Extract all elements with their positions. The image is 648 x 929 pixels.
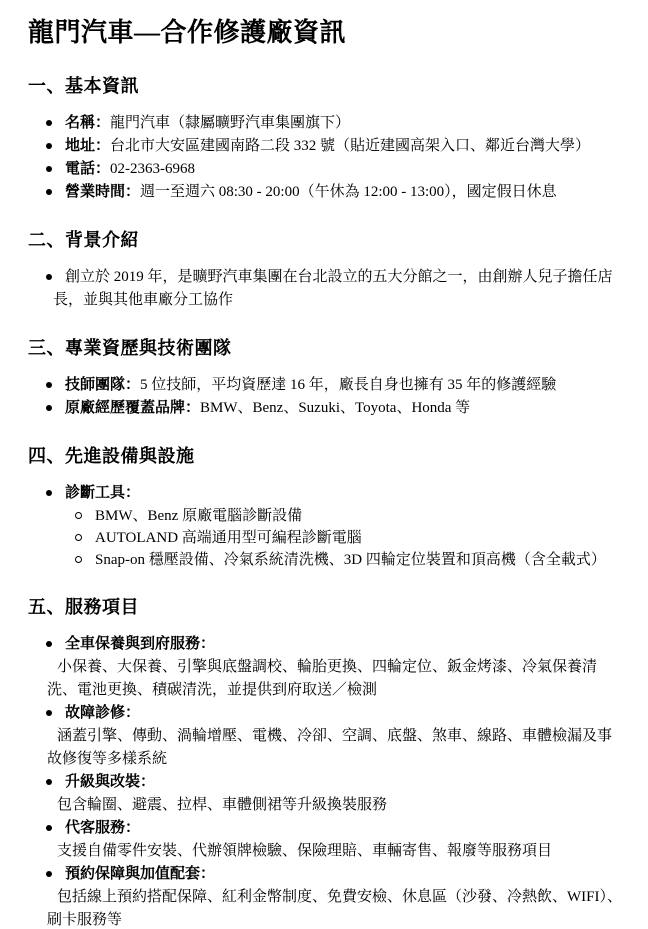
item-value: 02-2363-6968 [110, 161, 195, 177]
list-item-technicians: 技師團隊：5 位技師，平均資歷達 16 年，廠長自身也擁有 35 年的修護經驗 [53, 374, 622, 397]
bullet-list: 診斷工具： BMW、Benz 原廠電腦診斷設備 AUTOLAND 高端通用型可編… [28, 482, 622, 571]
section-background: 二、背景介紹 創立於 2019 年，是曠野汽車集團在台北設立的五大分館之一，由創… [28, 228, 622, 312]
sub-item-text: BMW、Benz 原廠電腦診斷設備 [95, 508, 302, 524]
item-label: 全車保養與到府服務： [65, 636, 215, 652]
item-description: 涵蓋引擎、傳動、渦輪增壓、電機、冷卻、空調、底盤、煞車、線路、車體檢漏及事故修復… [47, 725, 622, 771]
sub-list-item: BMW、Benz 原廠電腦診斷設備 [85, 505, 622, 527]
bullet-list: 技師團隊：5 位技師，平均資歷達 16 年，廠長自身也擁有 35 年的修護經驗 … [28, 374, 622, 420]
bullet-dot-icon [46, 779, 52, 785]
list-item-address: 地址：台北市大安區建國南路二段 332 號（貼近建國高架入口、鄰近台灣大學） [53, 135, 622, 158]
bullet-dot-icon [46, 189, 52, 195]
item-description: 小保養、大保養、引擎與底盤調校、輪胎更換、四輪定位、鈑金烤漆、冷氣保養清洗、電池… [47, 656, 622, 702]
item-description: 包括線上預約搭配保障、紅利金幣制度、免費安檢、休息區（沙發、冷熱飲、WIFI）、… [47, 886, 622, 929]
item-value: 週一至週六 08:30 - 20:00（午休為 12:00 - 13:00），國… [140, 184, 557, 200]
bullet-dot-icon [46, 166, 52, 172]
list-item-brands: 原廠經歷覆蓋品牌：BMW、Benz、Suzuki、Toyota、Honda 等 [53, 397, 622, 420]
sub-item-text: AUTOLAND 高端通用型可編程診斷電腦 [95, 530, 362, 546]
bullet-dot-icon [46, 274, 52, 280]
section-team: 三、專業資歷與技術團隊 技師團隊：5 位技師，平均資歷達 16 年，廠長自身也擁… [28, 336, 622, 420]
bullet-dot-icon [46, 490, 52, 496]
item-label: 技師團隊： [65, 377, 140, 393]
sub-bullet-list: BMW、Benz 原廠電腦診斷設備 AUTOLAND 高端通用型可編程診斷電腦 … [85, 505, 622, 571]
item-value: 台北市大安區建國南路二段 332 號（貼近建國高架入口、鄰近台灣大學） [110, 138, 590, 154]
bullet-circle-icon [75, 512, 82, 519]
bullet-list: 全車保養與到府服務： 小保養、大保養、引擎與底盤調校、輪胎更換、四輪定位、鈑金烤… [28, 633, 622, 929]
list-item-upgrade: 升級與改裝： 包含輪圈、避震、拉桿、車體側裙等升級換裝服務 [53, 771, 622, 817]
item-value: 5 位技師，平均資歷達 16 年，廠長自身也擁有 35 年的修護經驗 [140, 377, 556, 393]
bullet-dot-icon [46, 871, 52, 877]
bullet-list: 名稱：龍門汽車（隸屬曠野汽車集團旗下） 地址：台北市大安區建國南路二段 332 … [28, 112, 622, 204]
bullet-dot-icon [46, 120, 52, 126]
list-item-diagnostic-tools: 診斷工具： BMW、Benz 原廠電腦診斷設備 AUTOLAND 高端通用型可編… [53, 482, 622, 571]
list-item-maintenance: 全車保養與到府服務： 小保養、大保養、引擎與底盤調校、輪胎更換、四輪定位、鈑金烤… [53, 633, 622, 702]
item-label: 代客服務： [65, 820, 140, 836]
list-item-hours: 營業時間：週一至週六 08:30 - 20:00（午休為 12:00 - 13:… [53, 181, 622, 204]
section-heading-background: 二、背景介紹 [28, 228, 622, 252]
bullet-dot-icon [46, 710, 52, 716]
item-description: 支援自備零件安裝、代辦領牌檢驗、保險理賠、車輛寄售、報廢等服務項目 [47, 840, 622, 863]
bullet-dot-icon [46, 825, 52, 831]
section-equipment: 四、先進設備與設施 診斷工具： BMW、Benz 原廠電腦診斷設備 AUTOLA… [28, 444, 622, 571]
list-item-valet: 代客服務： 支援自備零件安裝、代辦領牌檢驗、保險理賠、車輛寄售、報廢等服務項目 [53, 817, 622, 863]
list-item-name: 名稱：龍門汽車（隸屬曠野汽車集團旗下） [53, 112, 622, 135]
bullet-dot-icon [46, 382, 52, 388]
item-label: 升級與改裝： [65, 774, 155, 790]
section-basic-info: 一、基本資訊 名稱：龍門汽車（隸屬曠野汽車集團旗下） 地址：台北市大安區建國南路… [28, 74, 622, 204]
item-label: 原廠經歷覆蓋品牌： [65, 400, 200, 416]
bullet-circle-icon [75, 534, 82, 541]
bullet-circle-icon [75, 556, 82, 563]
list-item-phone: 電話：02-2363-6968 [53, 158, 622, 181]
section-heading-basic-info: 一、基本資訊 [28, 74, 622, 98]
list-item-repair: 故障診修： 涵蓋引擎、傳動、渦輪增壓、電機、冷卻、空調、底盤、煞車、線路、車體檢… [53, 702, 622, 771]
item-label: 故障診修： [65, 705, 140, 721]
item-value: BMW、Benz、Suzuki、Toyota、Honda 等 [200, 400, 470, 416]
item-value: 創立於 2019 年，是曠野汽車集團在台北設立的五大分館之一，由創辦人兒子擔任店… [53, 269, 613, 308]
bullet-dot-icon [46, 405, 52, 411]
item-label: 地址： [65, 138, 110, 154]
bullet-dot-icon [46, 143, 52, 149]
sub-list-item: AUTOLAND 高端通用型可編程診斷電腦 [85, 527, 622, 549]
list-item-founding: 創立於 2019 年，是曠野汽車集團在台北設立的五大分館之一，由創辦人兒子擔任店… [53, 266, 622, 312]
item-label: 電話： [65, 161, 110, 177]
page-title: 龍門汽車—合作修護廠資訊 [28, 16, 622, 50]
document-page: 龍門汽車—合作修護廠資訊 一、基本資訊 名稱：龍門汽車（隸屬曠野汽車集團旗下） … [0, 0, 648, 929]
list-item-booking: 預約保障與加值配套： 包括線上預約搭配保障、紅利金幣制度、免費安檢、休息區（沙發… [53, 863, 622, 929]
item-label: 名稱： [65, 115, 110, 131]
section-heading-team: 三、專業資歷與技術團隊 [28, 336, 622, 360]
bullet-list: 創立於 2019 年，是曠野汽車集團在台北設立的五大分館之一，由創辦人兒子擔任店… [28, 266, 622, 312]
sub-item-text: Snap-on 穩壓設備、冷氣系統清洗機、3D 四輪定位裝置和頂高機（含全載式） [95, 552, 606, 568]
section-heading-equipment: 四、先進設備與設施 [28, 444, 622, 468]
item-description: 包含輪圈、避震、拉桿、車體側裙等升級換裝服務 [47, 794, 622, 817]
section-services: 五、服務項目 全車保養與到府服務： 小保養、大保養、引擎與底盤調校、輪胎更換、四… [28, 595, 622, 929]
item-label: 診斷工具： [65, 485, 140, 501]
item-label: 預約保障與加值配套： [65, 866, 215, 882]
bullet-dot-icon [46, 641, 52, 647]
item-label: 營業時間： [65, 184, 140, 200]
section-heading-services: 五、服務項目 [28, 595, 622, 619]
item-value: 龍門汽車（隸屬曠野汽車集團旗下） [110, 115, 350, 131]
sub-list-item: Snap-on 穩壓設備、冷氣系統清洗機、3D 四輪定位裝置和頂高機（含全載式） [85, 549, 622, 571]
